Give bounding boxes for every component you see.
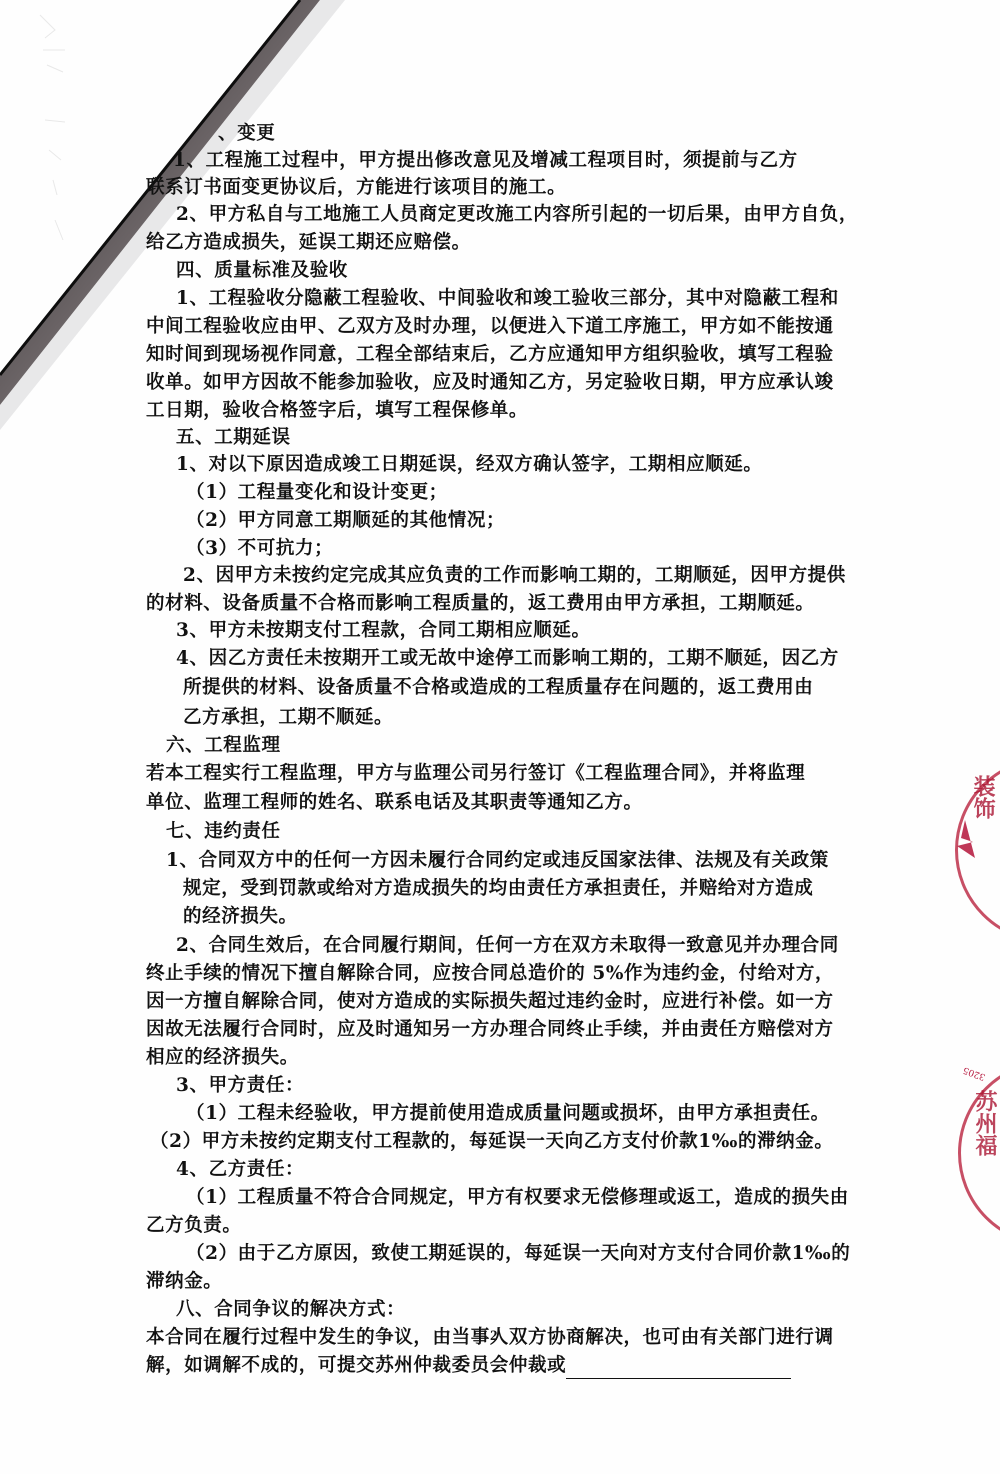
text-line: 相应的经济损失。 <box>146 1045 299 1071</box>
text-line: （1）工程量变化和设计变更； <box>186 480 448 506</box>
text-line: （2）由于乙方原因，致使工期延误的，每延误一天向对方支付合同价款1‰的 <box>186 1241 850 1267</box>
text-line-content: 1、对以下原因造成竣工日期延误，经双方确认签字，工期相应顺延。 <box>176 454 762 475</box>
text-line-content: 六、工程监理 <box>166 735 281 756</box>
text-line: 4、乙方责任： <box>176 1157 304 1183</box>
text-line: 八、合同争议的解决方式： <box>176 1297 405 1323</box>
page-number: 2 <box>490 1328 498 1345</box>
text-line-content: 滞纳金。 <box>146 1271 222 1292</box>
text-line-content: （1）工程质量不符合合同规定，甲方有权要求无偿修理或返工，造成的损失由 <box>186 1187 849 1208</box>
fill-in-blank[interactable] <box>566 1360 791 1379</box>
text-line: （2）甲方同意工期顺延的其他情况； <box>186 508 505 534</box>
text-line: 五、工期延误 <box>176 425 291 451</box>
text-line: 终止手续的情况下擅自解除合同，应按合同总造价的 5%作为违约金，付给对方， <box>146 961 834 987</box>
text-line-content: （2）由于乙方原因，致使工期延误的，每延误一天向对方支付合同价款1‰的 <box>186 1243 850 1264</box>
text-line: 因故无法履行合同时，应及时通知另一方办理合同终止手续，并由责任方赔偿对方 <box>146 1017 834 1043</box>
text-line-content: 3、甲方未按期支付工程款，合同工期相应顺延。 <box>176 620 591 641</box>
text-line-content: 1、工程施工过程中，甲方提出修改意见及增减工程项目时，须提前与乙方 <box>173 150 798 171</box>
company-seal-serial: 3205 <box>962 1064 987 1081</box>
text-line-content: 4、乙方责任： <box>176 1159 304 1180</box>
text-line: 的经济损失。 <box>183 904 298 930</box>
text-line-content: 中间工程验收应由甲、乙双方及时办理，以便进入下道工序施工，甲方如不能按通 <box>146 316 834 337</box>
text-line-content: 联系订书面变更协议后，方能进行该项目的施工。 <box>146 177 566 198</box>
text-line-content: （3）不可抗力； <box>186 538 333 559</box>
text-line-content: （2）甲方未按约定期支付工程款的，每延误一天向乙方支付价款1‰的滞纳金。 <box>150 1131 833 1152</box>
text-line: 1、工程施工过程中，甲方提出修改意见及增减工程项目时，须提前与乙方 <box>173 148 798 174</box>
text-line: 3、甲方未按期支付工程款，合同工期相应顺延。 <box>176 618 591 644</box>
text-line: （1）工程未经验收，甲方提前使用造成质量问题或损坏，由甲方承担责任。 <box>186 1101 830 1127</box>
text-line-content: 2、甲方私自与工地施工人员商定更改施工内容所引起的一切后果，由甲方自负， <box>176 204 858 225</box>
text-line: （3）不可抗力； <box>186 536 333 562</box>
text-line-content: 若本工程实行工程监理，甲方与监理公司另行签订《工程监理合同》，并将监理 <box>146 763 805 784</box>
text-line: 2、合同生效后，在合同履行期间，任何一方在双方未取得一致意见并办理合同 <box>176 933 839 959</box>
text-line: 因一方擅自解除合同，使对方造成的实际损失超过违约金时，应进行补偿。如一方 <box>146 989 834 1015</box>
text-line-content: 八、合同争议的解决方式： <box>176 1299 405 1320</box>
text-line: 解，如调解不成的，可提交苏州仲裁委员会仲裁或 <box>146 1353 791 1379</box>
text-line-content: 终止手续的情况下擅自解除合同，应按合同总造价的 5%作为违约金，付给对方， <box>146 963 834 984</box>
company-seal-lower-text: 苏州福 <box>970 1090 1000 1156</box>
text-line-content: （1）工程未经验收，甲方提前使用造成质量问题或损坏，由甲方承担责任。 <box>186 1103 830 1124</box>
text-line: 单位、监理工程师的姓名、联系电话及其职责等通知乙方。 <box>146 790 643 816</box>
text-line: 4、因乙方责任未按期开工或无故中途停工而影响工期的，工期不顺延，因乙方 <box>176 646 839 672</box>
text-line-content: 解，如调解不成的，可提交苏州仲裁委员会仲裁或 <box>146 1355 566 1376</box>
text-line-content: 单位、监理工程师的姓名、联系电话及其职责等通知乙方。 <box>146 792 643 813</box>
text-line-content: 的经济损失。 <box>183 906 298 927</box>
text-line: 所提供的材料、设备质量不合格或造成的工程质量存在问题的，返工费用由 <box>183 675 813 701</box>
text-line-content: 3、甲方责任： <box>176 1075 304 1096</box>
seal-star-icon <box>955 820 985 860</box>
text-line: 1、工程验收分隐蔽工程验收、中间验收和竣工验收三部分，其中对隐蔽工程和 <box>176 286 839 312</box>
text-line: 中间工程验收应由甲、乙双方及时办理，以便进入下道工序施工，甲方如不能按通 <box>146 314 834 340</box>
text-line-content: 给乙方造成损失，延误工期还应赔偿。 <box>146 232 471 253</box>
text-line: 收单。如甲方因故不能参加验收，应及时通知乙方，另定验收日期，甲方应承认竣 <box>146 370 834 396</box>
text-line-content: 2、合同生效后，在合同履行期间，任何一方在双方未取得一致意见并办理合同 <box>176 935 839 956</box>
text-line-content: 、变更 <box>218 123 275 144</box>
text-line: 1、合同双方中的任何一方因未履行合同约定或违反国家法律、法规及有关政策 <box>166 848 829 874</box>
text-line-content: 因一方擅自解除合同，使对方造成的实际损失超过违约金时，应进行补偿。如一方 <box>146 991 834 1012</box>
text-line-content: 因故无法履行合同时，应及时通知另一方办理合同终止手续，并由责任方赔偿对方 <box>146 1019 834 1040</box>
text-line: 乙方负责。 <box>146 1213 242 1239</box>
text-line-content: 七、违约责任 <box>166 821 281 842</box>
text-line-content: （2）甲方同意工期顺延的其他情况； <box>186 510 505 531</box>
text-line: （1）工程质量不符合合同规定，甲方有权要求无偿修理或返工，造成的损失由 <box>186 1185 849 1211</box>
text-line-content: 乙方负责。 <box>146 1215 242 1236</box>
document-page: 、变更1、工程施工过程中，甲方提出修改意见及增减工程项目时，须提前与乙方联系订书… <box>0 0 1000 1474</box>
text-line: 联系订书面变更协议后，方能进行该项目的施工。 <box>146 175 566 201</box>
text-line-content: 知时间到现场视作同意，工程全部结束后，乙方应通知甲方组织验收，填写工程验 <box>146 344 834 365</box>
text-line-content: 的材料、设备质量不合格而影响工程质量的，返工费用由甲方承担，工期顺延。 <box>146 593 815 614</box>
text-line-content: 2、因甲方未按约定完成其应负责的工作而影响工期的，工期顺延，因甲方提供 <box>183 565 846 586</box>
text-line-content: 1、工程验收分隐蔽工程验收、中间验收和竣工验收三部分，其中对隐蔽工程和 <box>176 288 839 309</box>
text-line-content: 乙方承担，工期不顺延。 <box>183 707 393 728</box>
text-line: 3、甲方责任： <box>176 1073 304 1099</box>
text-line: 乙方承担，工期不顺延。 <box>183 705 393 731</box>
text-line-content: 四、质量标准及验收 <box>176 260 348 281</box>
text-line: 滞纳金。 <box>146 1269 222 1295</box>
text-line: 知时间到现场视作同意，工程全部结束后，乙方应通知甲方组织验收，填写工程验 <box>146 342 834 368</box>
text-line: 规定，受到罚款或给对方造成损失的均由责任方承担责任，并赔给对方造成 <box>183 876 813 902</box>
text-line: 2、因甲方未按约定完成其应负责的工作而影响工期的，工期顺延，因甲方提供 <box>183 563 846 589</box>
text-line-content: 工日期，验收合格签字后，填写工程保修单。 <box>146 400 528 421</box>
text-line: 若本工程实行工程监理，甲方与监理公司另行签订《工程监理合同》，并将监理 <box>146 761 805 787</box>
text-line-content: 五、工期延误 <box>176 427 291 448</box>
text-line: 给乙方造成损失，延误工期还应赔偿。 <box>146 230 471 256</box>
text-line-content: 规定，受到罚款或给对方造成损失的均由责任方承担责任，并赔给对方造成 <box>183 878 813 899</box>
text-line: 工日期，验收合格签字后，填写工程保修单。 <box>146 398 528 424</box>
text-line: 的材料、设备质量不合格而影响工程质量的，返工费用由甲方承担，工期顺延。 <box>146 591 815 617</box>
bleed-through-marks <box>35 10 75 270</box>
text-line-content: （1）工程量变化和设计变更； <box>186 482 448 503</box>
text-line: 七、违约责任 <box>166 819 281 845</box>
text-line: 1、对以下原因造成竣工日期延误，经双方确认签字，工期相应顺延。 <box>176 452 762 478</box>
text-line: （2）甲方未按约定期支付工程款的，每延误一天向乙方支付价款1‰的滞纳金。 <box>150 1129 833 1155</box>
text-line-content: 1、合同双方中的任何一方因未履行合同约定或违反国家法律、法规及有关政策 <box>166 850 829 871</box>
text-line: 、变更 <box>218 121 275 147</box>
text-line: 六、工程监理 <box>166 733 281 759</box>
text-line: 四、质量标准及验收 <box>176 258 348 284</box>
text-line-content: 收单。如甲方因故不能参加验收，应及时通知乙方，另定验收日期，甲方应承认竣 <box>146 372 834 393</box>
company-seal-upper-text: 装饰 <box>968 775 999 819</box>
text-line-content: 4、因乙方责任未按期开工或无故中途停工而影响工期的，工期不顺延，因乙方 <box>176 648 839 669</box>
text-line: 2、甲方私自与工地施工人员商定更改施工内容所引起的一切后果，由甲方自负， <box>176 202 858 228</box>
text-line-content: 所提供的材料、设备质量不合格或造成的工程质量存在问题的，返工费用由 <box>183 677 813 698</box>
text-line-content: 相应的经济损失。 <box>146 1047 299 1068</box>
